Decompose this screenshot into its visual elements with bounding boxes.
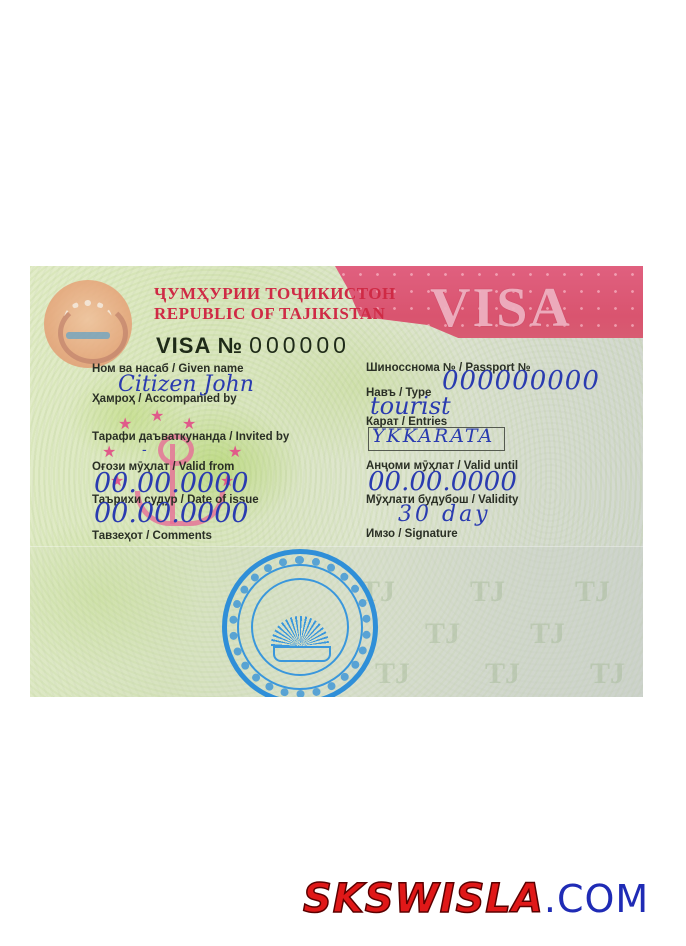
logo-domain: .COM <box>544 877 649 921</box>
signature-label: Имзо / Signature <box>366 528 458 540</box>
tj-mark: TJ <box>530 617 565 651</box>
date-of-issue-value: 00.00.0000 <box>94 498 249 529</box>
visa-watermark: VISA <box>430 276 572 340</box>
invited-by-value: - <box>142 442 147 458</box>
consulate-stamp <box>222 549 378 697</box>
book-emblem-icon <box>273 646 331 662</box>
site-watermark-logo: SKSWISLA.COM <box>303 876 649 922</box>
valid-until-value: 00.00.0000 <box>368 467 517 497</box>
comments-label: Тавзеҳот / Comments <box>92 530 212 542</box>
country-title-tajik: ҶУМҲУРИИ ТОҶИКИСТОН <box>154 284 396 304</box>
country-title-english: REPUBLIC OF TAJIKISTAN <box>154 304 385 324</box>
visa-number-value: 000000 <box>249 332 350 358</box>
entries-value: YKKARATA <box>372 425 494 447</box>
tj-mark: TJ <box>485 657 520 691</box>
visa-document: VISA TJ TJ TJ TJ TJ TJ TJ TJ ҶУМҲУРИИ ТО… <box>30 266 643 697</box>
tj-mark: TJ <box>575 575 610 609</box>
tj-mark: TJ <box>470 575 505 609</box>
invited-by-label: Тарафи даъваткунанда / Invited by <box>92 431 289 443</box>
validity-value: 30 day <box>398 502 491 527</box>
tj-mark: TJ <box>375 657 410 691</box>
state-emblem-icon <box>44 280 132 368</box>
tj-mark: TJ <box>425 617 460 651</box>
accompanied-by-label: Ҳамроҳ / Accompanied by <box>92 393 237 405</box>
star-icon: ★ <box>150 406 164 426</box>
tj-mark: TJ <box>590 657 625 691</box>
visa-number: VISA №000000 <box>156 332 350 359</box>
star-icon: ★ <box>102 442 116 462</box>
star-icon: ★ <box>228 442 242 462</box>
visa-number-label: VISA № <box>156 333 243 358</box>
logo-name: SKSWISLA <box>303 876 544 922</box>
passport-no-value: 000000000 <box>442 366 600 396</box>
